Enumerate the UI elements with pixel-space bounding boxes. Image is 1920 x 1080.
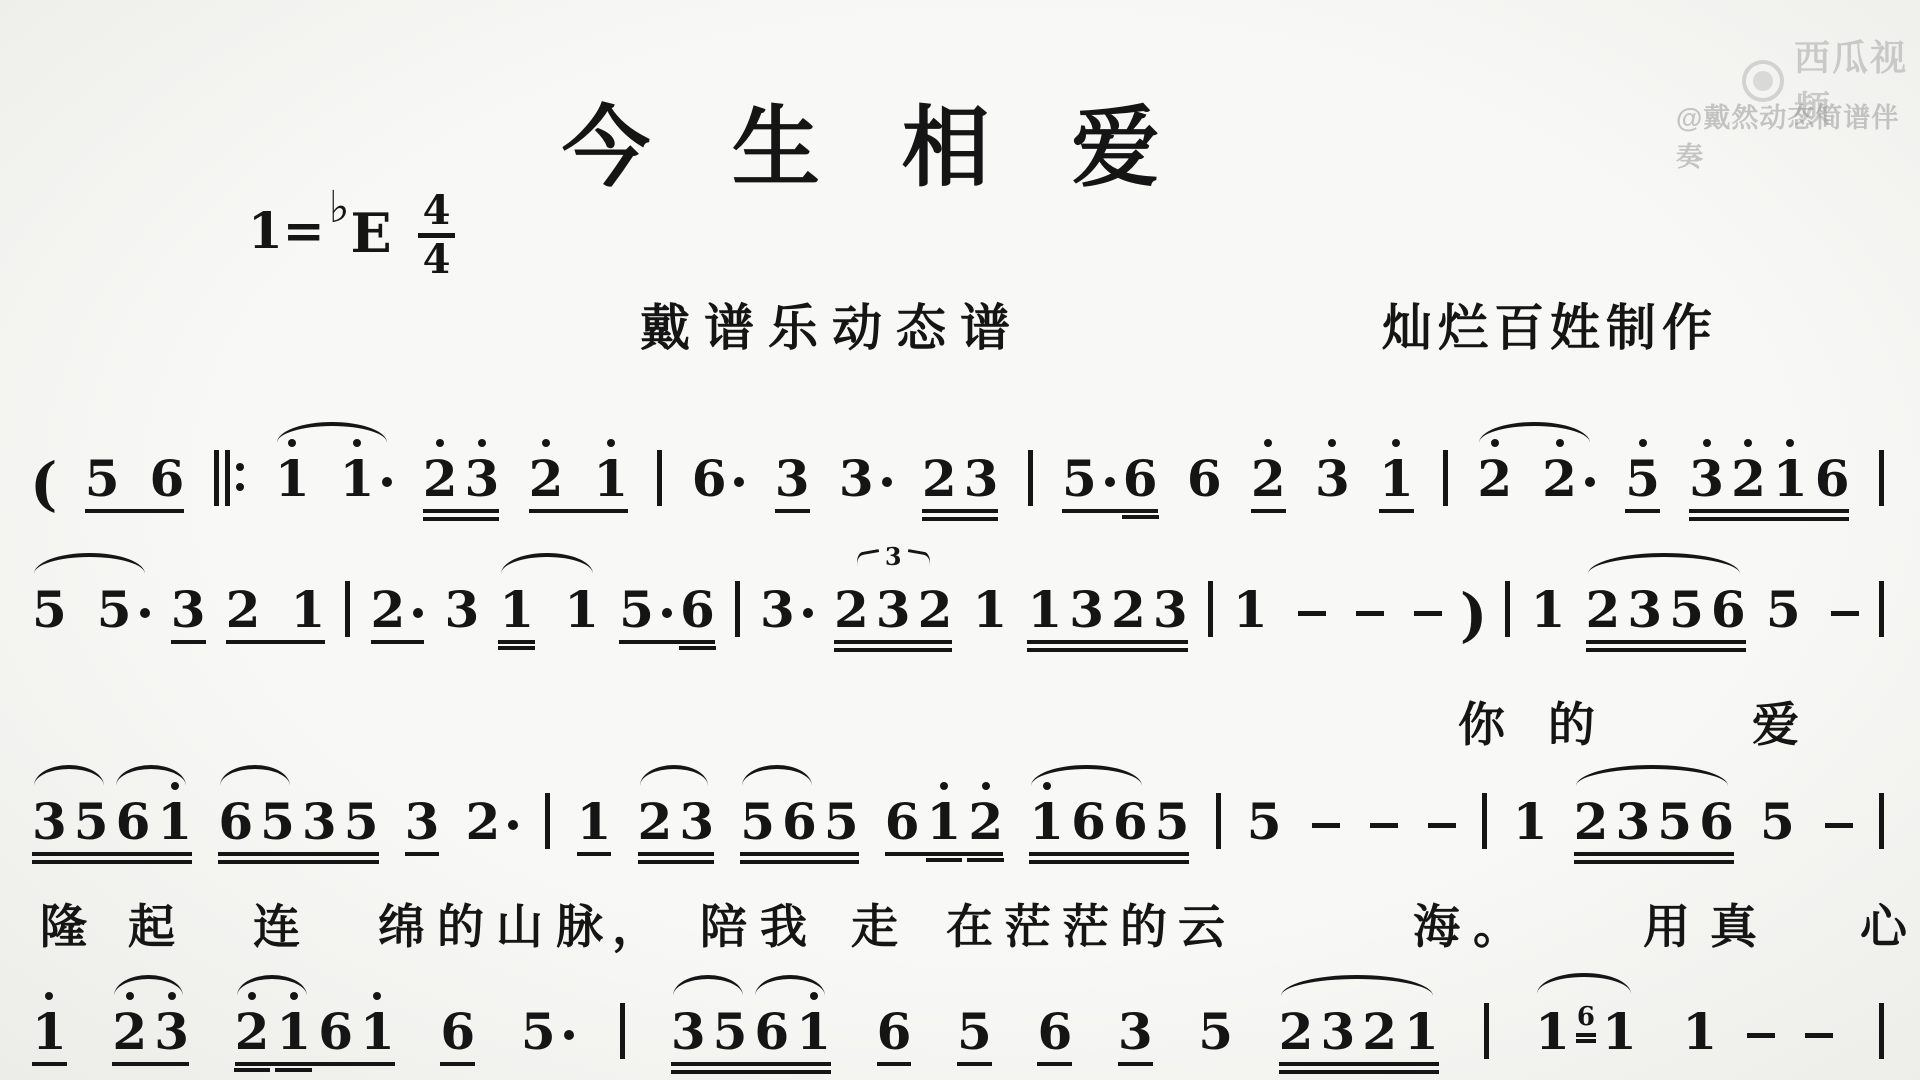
note-group: 56 — [1060, 452, 1160, 522]
note: 1 — [1535, 1005, 1570, 1059]
note: 3 — [1615, 795, 1650, 849]
note-group: 6 — [438, 1005, 477, 1075]
grace-note-digit: 6 — [1577, 1003, 1595, 1031]
note: 2 — [1477, 452, 1512, 506]
note-digit: 5 — [824, 795, 859, 849]
note-digit: 1 — [276, 1005, 311, 1059]
note: 2 — [638, 795, 673, 849]
lyric-syllable: 用 — [1643, 890, 1690, 957]
note-group: 23 — [421, 452, 502, 522]
note: 2 — [112, 1005, 147, 1059]
note-digit: 5 — [521, 1005, 556, 1059]
note: 5 — [74, 795, 109, 849]
barline — [225, 450, 230, 506]
note-digit: 2 — [1542, 452, 1577, 506]
parenthesis: ) — [1460, 585, 1487, 645]
note: 3 — [876, 583, 911, 637]
note: 1 — [157, 795, 192, 849]
beam-line — [371, 640, 425, 644]
note: 5 — [1669, 583, 1704, 637]
note: 3 — [171, 583, 206, 637]
augmentation-dot — [803, 608, 813, 618]
note: 5 — [713, 1005, 748, 1059]
note-digit: 3 — [671, 1005, 706, 1059]
note: 1 — [1027, 583, 1062, 637]
barline — [1484, 1003, 1489, 1059]
beam-line — [1574, 860, 1734, 864]
note-digit: 3 — [1069, 583, 1104, 637]
beam-line — [957, 1062, 992, 1066]
dash-note — [1312, 823, 1340, 828]
beam-line — [1027, 640, 1187, 644]
note-digit: 6 — [1071, 795, 1106, 849]
note: 6 — [1577, 1003, 1595, 1059]
augmentation-dot — [413, 608, 423, 618]
note-group: 2 — [464, 795, 522, 865]
note-digit: 6 — [116, 795, 151, 849]
note-group: 23 — [636, 795, 717, 865]
barline — [1028, 450, 1033, 506]
note-digit: 3 — [32, 795, 67, 849]
note-digit: 1 — [32, 1005, 67, 1059]
note: 6 — [1815, 452, 1850, 506]
note-digit: 2 — [529, 452, 564, 506]
beam-line — [1279, 1070, 1439, 1074]
note-digit: 2 — [1111, 583, 1146, 637]
note-group: 6535 — [216, 795, 380, 865]
note-digit: 1 — [1535, 1005, 1570, 1059]
note-digit: 1 — [499, 583, 534, 637]
note: 2 — [834, 583, 869, 637]
note: 1 — [1602, 1005, 1637, 1059]
note-digit: 3 — [405, 795, 440, 849]
lyric-syllable: 你 — [1458, 688, 1505, 755]
augmentation-dot — [382, 477, 392, 487]
slur-arc — [116, 765, 186, 786]
note-digit: 1 — [973, 583, 1008, 637]
slur-arc — [1537, 973, 1631, 994]
note-digit: 6 — [1699, 795, 1734, 849]
beam-line — [922, 509, 999, 513]
note-digit: 5 — [1657, 795, 1692, 849]
barline — [345, 581, 350, 637]
note: 5 — [260, 795, 295, 849]
note: 5 — [1760, 795, 1795, 849]
beam-line — [577, 852, 612, 856]
beam-line — [638, 860, 715, 864]
lyric-syllable: 脉 — [556, 890, 603, 957]
note-digit: 5 — [97, 583, 132, 637]
note-digit: 2 — [1477, 452, 1512, 506]
note: 6 — [1037, 1005, 1072, 1059]
note-digit: 6 — [877, 1005, 912, 1059]
note: 2 — [423, 452, 458, 506]
dash-note — [1298, 611, 1326, 616]
note-group: 2 — [1249, 452, 1288, 522]
note-group: 5 — [1245, 795, 1458, 865]
note-group: 11 — [497, 583, 601, 653]
lyric-syllable: 的 — [437, 890, 484, 957]
slur-arc — [114, 975, 183, 996]
note: 2 — [235, 1005, 270, 1059]
note-digit: 3 — [1615, 795, 1650, 849]
note-digit: 5 — [1760, 795, 1795, 849]
repeat-begin-barline — [214, 450, 246, 506]
beam-line — [834, 648, 952, 652]
beam-line — [1586, 648, 1746, 652]
note-group: 2321 — [1277, 1005, 1441, 1075]
slur-arc — [277, 422, 388, 443]
dash-note — [1414, 611, 1442, 616]
note-digit: 3 — [1315, 452, 1350, 506]
note-group: 56 — [617, 583, 717, 653]
tuplet-number: 3 — [885, 545, 902, 569]
note: 5 — [32, 583, 67, 637]
lyric-syllable: 山 — [496, 890, 543, 957]
note-digit: 5 — [1625, 452, 1660, 506]
beam-line — [1037, 1062, 1072, 1066]
beam-line — [1379, 509, 1414, 513]
key-prefix: 1= — [248, 196, 325, 266]
note-underline — [967, 858, 1004, 862]
beam-line — [671, 1070, 831, 1074]
beam-line — [405, 852, 440, 856]
note: 2 — [1362, 1005, 1397, 1059]
note-digit: 5 — [740, 795, 775, 849]
note-digit: 3 — [465, 452, 500, 506]
note-group: 23 — [110, 1005, 191, 1075]
slur-arc — [501, 553, 593, 574]
note-group: 6 — [875, 1005, 914, 1075]
note-group: 5 — [519, 1005, 577, 1075]
note: 1 — [1029, 795, 1064, 849]
note-digit: 6 — [1113, 795, 1148, 849]
beam-line — [1029, 852, 1189, 856]
dash-note — [1831, 611, 1859, 616]
beam-line — [1625, 509, 1660, 513]
note-digit: 5 — [32, 583, 67, 637]
note-digit: 2 — [112, 1005, 147, 1059]
note-digit: 3 — [302, 795, 337, 849]
barline — [214, 450, 219, 506]
note-digit: 2 — [226, 583, 261, 637]
note: 1 — [973, 583, 1008, 637]
barline — [620, 1003, 625, 1059]
slur-arc — [237, 975, 307, 996]
note: 6 — [1071, 795, 1106, 849]
beam-line — [1586, 640, 1746, 644]
note-group: 2356 — [1584, 583, 1748, 653]
beam-line — [877, 1062, 912, 1066]
note: 5 — [521, 1005, 575, 1059]
lyric-syllable: 的 — [1548, 688, 1595, 755]
note-digit: 1 — [593, 452, 628, 506]
octave-dot — [45, 992, 53, 1000]
note: 2 — [918, 583, 953, 637]
note-digit: 1 — [275, 452, 310, 506]
note: 5 — [1766, 583, 1801, 637]
slur-arc — [1479, 422, 1590, 443]
note-group: 3 — [1313, 452, 1352, 522]
note-group: 1665 — [1027, 795, 1191, 865]
flat-icon: ♭ — [329, 188, 350, 228]
note-underline — [926, 858, 963, 862]
note: 2 — [529, 452, 564, 506]
note-underline — [1576, 1033, 1596, 1037]
note-digit: 2 — [638, 795, 673, 849]
note: 2 — [1586, 583, 1621, 637]
note-digit: 1 — [1379, 452, 1414, 506]
beam-line — [1029, 860, 1189, 864]
note: 3 — [1320, 1005, 1355, 1059]
note-underline — [498, 640, 535, 644]
note-digit: 2 — [1279, 1005, 1314, 1059]
note-digit: 2 — [834, 583, 869, 637]
note-digit: 6 — [692, 452, 727, 506]
note-group: 23 — [920, 452, 1001, 522]
note: 2 — [1111, 583, 1146, 637]
note-group: 565 — [738, 795, 860, 865]
note: 2 — [466, 795, 520, 849]
note: 5 — [1247, 795, 1282, 849]
note-digit: 1 — [157, 795, 192, 849]
note: 2 — [968, 795, 1003, 849]
barline — [1505, 581, 1510, 637]
note-group: 1 — [1511, 795, 1550, 865]
key-letter: E — [350, 196, 391, 270]
note-digit: 6 — [782, 795, 817, 849]
note: 3 — [679, 795, 714, 849]
beam-line — [1689, 509, 1849, 513]
note: 3 — [302, 795, 337, 849]
note-digit: 2 — [918, 583, 953, 637]
note-group: 1 — [971, 583, 1010, 653]
slur-arc — [220, 765, 290, 786]
note-digit: 1 — [1602, 1005, 1637, 1059]
lyric-syllable: 在 — [946, 890, 993, 957]
barline — [1879, 1003, 1884, 1059]
note-group: 3561 — [669, 1005, 833, 1075]
beam-line — [1062, 509, 1158, 513]
augmentation-dot — [1585, 477, 1595, 487]
note-digit: 3 — [1689, 452, 1724, 506]
note: 5 — [1155, 795, 1190, 849]
note: 2 — [226, 583, 261, 637]
note-digit: 5 — [1198, 1005, 1233, 1059]
credit-maker: 灿烂百姓制作 — [1382, 288, 1718, 360]
song-title: 今 生 相 爱 — [562, 78, 1189, 204]
augmentation-dot — [734, 477, 744, 487]
note-group: 1 — [1377, 452, 1416, 522]
repeat-dot — [236, 483, 244, 491]
note: 6 — [318, 1005, 353, 1059]
watermark-handle: @戴然动态简谱伴奏 — [1676, 96, 1920, 174]
note-group: 11 — [273, 452, 396, 522]
note-digit: 3 — [876, 583, 911, 637]
dash-note — [1747, 1033, 1775, 1038]
barline — [1879, 581, 1884, 637]
octave-dot — [542, 439, 550, 447]
beam-line — [885, 852, 1003, 856]
lyric-syllable: 茫 — [1004, 890, 1051, 957]
time-signature-bottom: 4 — [423, 238, 451, 282]
note-digit: 3 — [679, 795, 714, 849]
lyric-syllable: 真 — [1710, 890, 1757, 957]
note: 3 — [1315, 452, 1350, 506]
barline — [735, 581, 740, 637]
note: 1 — [290, 583, 325, 637]
note-group: 3 — [403, 795, 442, 865]
note-digit: 6 — [1187, 452, 1222, 506]
slur-arc — [1031, 765, 1142, 786]
note: 6 — [1113, 795, 1148, 849]
beam-line — [32, 1062, 67, 1066]
note-underline — [234, 1068, 271, 1072]
lyric-syllable: 起 — [128, 890, 175, 957]
slur-arc — [673, 975, 743, 996]
octave-dot — [478, 439, 486, 447]
note: 2 — [1251, 452, 1286, 506]
note-underline — [1122, 515, 1159, 519]
note-digit: 6 — [218, 795, 253, 849]
note: 5 — [740, 795, 775, 849]
note: 6 — [782, 795, 817, 849]
lyric-syllable: 走 — [851, 890, 898, 957]
beam-line — [775, 509, 810, 513]
octave-dot — [373, 992, 381, 1000]
note: 5 — [824, 795, 859, 849]
note: 1 — [796, 1005, 831, 1059]
beam-line — [740, 860, 858, 864]
tuplet-arc — [855, 549, 881, 566]
note-group: 6 — [690, 452, 748, 522]
note-group: 22 — [1475, 452, 1598, 522]
note: 6 — [1187, 452, 1222, 506]
note: 6 — [440, 1005, 475, 1059]
note: 3 — [444, 583, 479, 637]
slur-arc — [742, 765, 812, 786]
note-digit: 6 — [1123, 452, 1158, 506]
note-group: 5 — [1764, 583, 1861, 653]
note: 2 — [371, 583, 425, 637]
note-digit: 2 — [1586, 583, 1621, 637]
note: 2 — [1574, 795, 1609, 849]
lyric-syllable: 连 — [253, 890, 300, 957]
beam-line — [1279, 1062, 1439, 1066]
music-line: 356165353212356561216655123565 — [30, 793, 1886, 865]
octave-dot — [1744, 439, 1752, 447]
note-group: 3561 — [30, 795, 194, 865]
note: 5 — [1657, 795, 1692, 849]
note-group: 5 — [1758, 795, 1855, 865]
note-digit: 6 — [150, 452, 185, 506]
augmentation-dot — [882, 477, 892, 487]
parenthesis: ( — [30, 454, 57, 514]
note-digit: 3 — [1320, 1005, 1355, 1059]
note-digit: 2 — [423, 452, 458, 506]
note-group: 6 — [1185, 452, 1224, 522]
note: 5 — [957, 1005, 992, 1059]
credit-arranger: 戴谱乐动态谱 — [640, 288, 1024, 360]
dash-note — [1825, 823, 1853, 828]
lyric-syllable: 我 — [760, 890, 807, 957]
note-digit: 5 — [74, 795, 109, 849]
note: 5 — [344, 795, 379, 849]
note: 6 — [680, 583, 715, 637]
beam-line — [218, 860, 378, 864]
note: 1 — [340, 452, 394, 506]
slur-arc — [1576, 765, 1728, 786]
note: 1 — [499, 583, 534, 637]
note-group: 161 — [1533, 1003, 1639, 1075]
beam-line — [32, 852, 192, 856]
note: 1 — [1513, 795, 1548, 849]
note-digit: 1 — [927, 795, 962, 849]
octave-dot — [436, 439, 444, 447]
note-digit: 6 — [318, 1005, 353, 1059]
note: 2 — [1731, 452, 1766, 506]
note-digit: 1 — [1029, 795, 1064, 849]
note-group: 5 — [955, 1005, 994, 1075]
note: 3 — [775, 452, 810, 506]
note-digit: 5 — [957, 1005, 992, 1059]
beam-line — [235, 1062, 395, 1066]
note-digit: 1 — [1773, 452, 1808, 506]
barline — [1216, 793, 1221, 849]
beam-line — [218, 852, 378, 856]
note-group: 55 — [30, 583, 153, 653]
note-group: 1 — [30, 1005, 69, 1075]
note: 5 — [1198, 1005, 1233, 1059]
lyric-syllable: 云 — [1178, 890, 1225, 957]
octave-dot — [1392, 439, 1400, 447]
note-group: 3 — [773, 452, 812, 522]
time-signature-top: 4 — [418, 190, 456, 238]
note-digit: 3 — [444, 583, 479, 637]
note-digit: 5 — [713, 1005, 748, 1059]
barline — [545, 793, 550, 849]
beam-line — [226, 640, 326, 644]
note-digit: 3 — [1118, 1005, 1153, 1059]
lyric-syllable: 爱 — [1752, 688, 1799, 755]
note-digit: 1 — [577, 795, 612, 849]
note-digit: 3 — [964, 452, 999, 506]
barline — [1208, 581, 1213, 637]
note: 3 — [760, 583, 814, 637]
key-signature: 1=♭E 4 4 — [248, 196, 455, 282]
lyric-syllable: 茫 — [1062, 890, 1109, 957]
note: 6 — [1711, 583, 1746, 637]
note: 1 — [32, 1005, 67, 1059]
note: 1 — [1531, 583, 1566, 637]
note-group: 1323 — [1025, 583, 1189, 653]
note-group: 1 — [1529, 583, 1568, 653]
note-digit: 2 — [968, 795, 1003, 849]
note-group: 2356 — [1572, 795, 1736, 865]
note-group: 2323 — [832, 583, 954, 653]
note-group: 56 — [83, 452, 187, 522]
note-group: 21 — [224, 583, 328, 653]
note: 3 — [964, 452, 999, 506]
augmentation-dot — [508, 820, 518, 830]
tuplet-arc — [906, 549, 932, 566]
lyric-syllable: 隆 — [40, 890, 87, 957]
note: 6 — [885, 795, 920, 849]
octave-dot — [1264, 439, 1272, 447]
barline — [1879, 450, 1884, 506]
note: 1 — [276, 1005, 311, 1059]
note-digit: 5 — [619, 583, 654, 637]
